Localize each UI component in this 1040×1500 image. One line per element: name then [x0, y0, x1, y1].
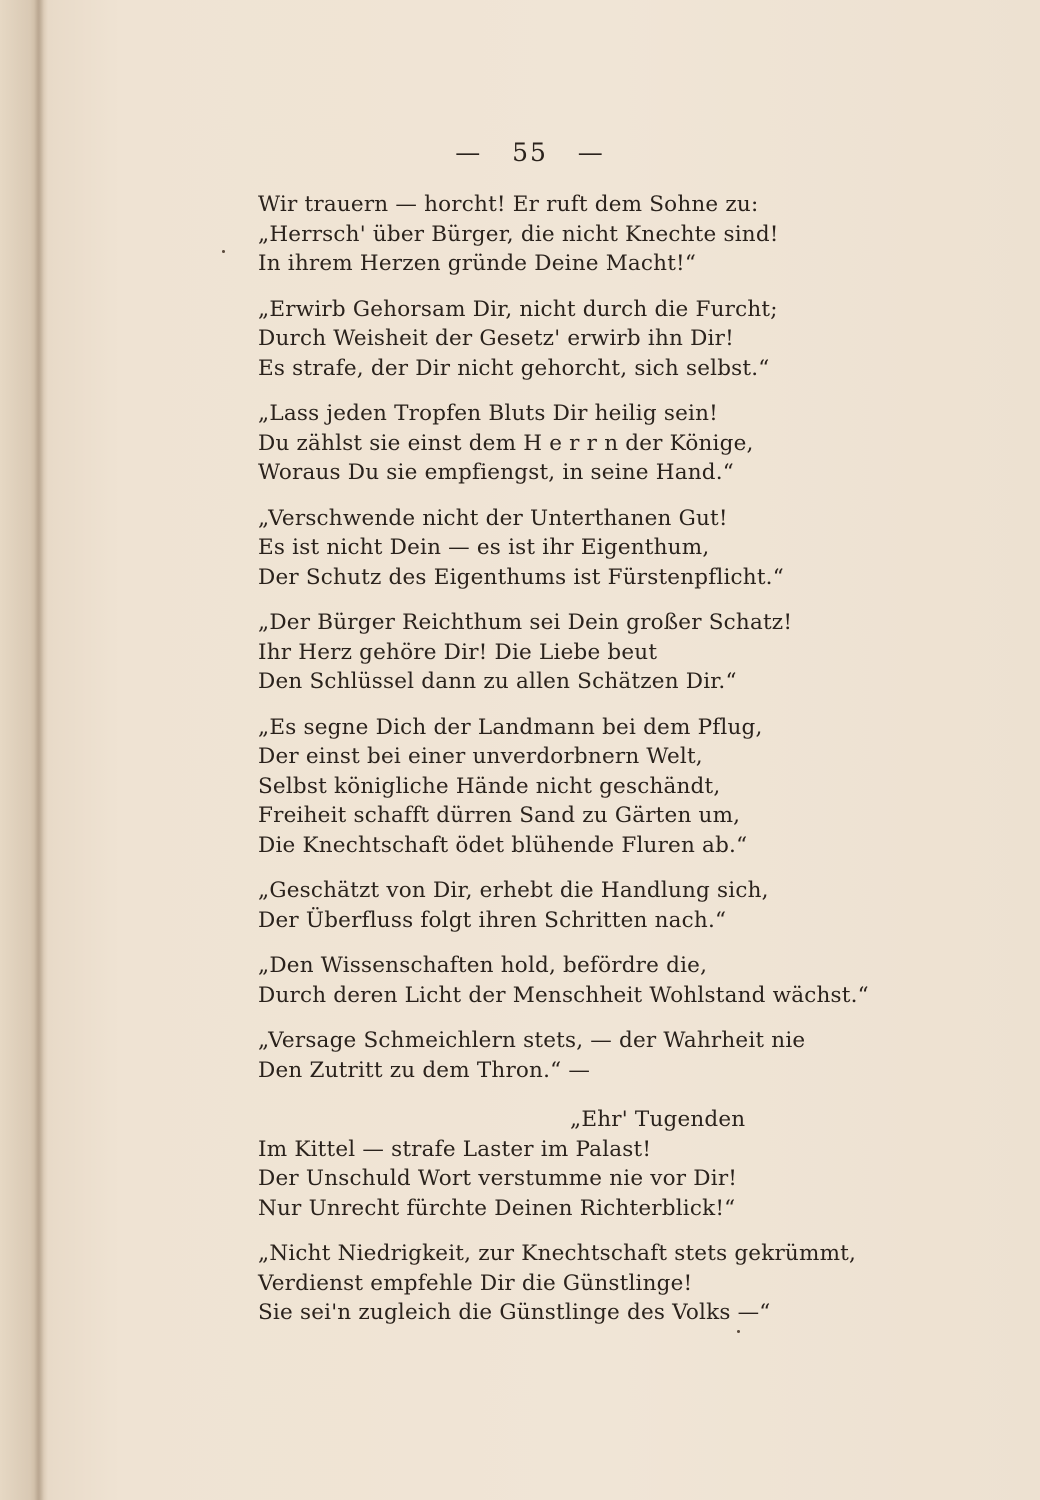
stanza: „Nicht Niedrigkeit, zur Knechtschaft ste…	[258, 1239, 778, 1328]
verse-line: Der Überfluss folgt ihren Schritten nach…	[258, 906, 778, 936]
verse-line: Der einst bei einer unverdorbnern Welt,	[258, 742, 778, 772]
verse-line: „Herrsch' über Bürger, die nicht Knechte…	[258, 220, 778, 250]
stanza: „Geschätzt von Dir, erhebt die Handlung …	[258, 876, 778, 935]
verse-line: Durch Weisheit der Gesetz' erwirb ihn Di…	[258, 324, 778, 354]
verse-line: „Der Bürger Reichthum sei Dein großer Sc…	[258, 608, 778, 638]
stanza: Wir trauern — horcht! Er ruft dem Sohne …	[258, 190, 778, 279]
verse-line: Woraus Du sie empfiengst, in seine Hand.…	[258, 458, 778, 488]
verse-line: Es strafe, der Dir nicht gehorcht, sich …	[258, 354, 778, 384]
verse-line: Nur Unrecht fürchte Deinen Richterblick!…	[258, 1194, 778, 1224]
verse-line: Selbst königliche Hände nicht geschändt,	[258, 772, 778, 802]
verse-line: „Geschätzt von Dir, erhebt die Handlung …	[258, 876, 778, 906]
verse-line-indented: „Ehr' Tugenden	[258, 1105, 778, 1135]
book-page: — 55 — Wir trauern — horcht! Er ruft dem…	[0, 0, 1040, 1500]
stanza: „Den Wissenschaften hold, befördre die, …	[258, 951, 778, 1010]
verse-line: Im Kittel — strafe Laster im Palast!	[258, 1135, 778, 1165]
stanza: „Erwirb Gehorsam Dir, nicht durch die Fu…	[258, 295, 778, 384]
verse-line: Wir trauern — horcht! Er ruft dem Sohne …	[258, 190, 778, 220]
page-number: — 55 —	[0, 138, 1040, 167]
verse-line: Verdienst empfehle Dir die Günstlinge!	[258, 1269, 778, 1299]
binding-gutter	[34, 0, 44, 1500]
stanza: „Es segne Dich der Landmann bei dem Pflu…	[258, 713, 778, 861]
verse-line: Den Zutritt zu dem Thron.“ —	[258, 1056, 778, 1086]
verse-line: Ihr Herz gehöre Dir! Die Liebe beut	[258, 638, 778, 668]
verse-line: Die Knechtschaft ödet blühende Fluren ab…	[258, 831, 778, 861]
paper-speck	[222, 250, 225, 253]
poem-text: Wir trauern — horcht! Er ruft dem Sohne …	[258, 190, 778, 1344]
verse-line: Freiheit schafft dürren Sand zu Gärten u…	[258, 801, 778, 831]
verse-line: Der Schutz des Eigenthums ist Fürstenpfl…	[258, 563, 778, 593]
page-number-value: 55	[512, 138, 548, 167]
verse-line: Durch deren Licht der Menschheit Wohlsta…	[258, 981, 778, 1011]
verse-line: „Es segne Dich der Landmann bei dem Pflu…	[258, 713, 778, 743]
stanza: „Der Bürger Reichthum sei Dein großer Sc…	[258, 608, 778, 697]
verse-line: „Versage Schmeichlern stets, — der Wahrh…	[258, 1026, 778, 1056]
verse-line: Es ist nicht Dein — es ist ihr Eigenthum…	[258, 533, 778, 563]
stanza: „Versage Schmeichlern stets, — der Wahrh…	[258, 1026, 778, 1085]
verse-line: „Lass jeden Tropfen Bluts Dir heilig sei…	[258, 399, 778, 429]
verse-line: Du zählst sie einst dem H e r r n der Kö…	[258, 429, 778, 459]
verse-line: „Nicht Niedrigkeit, zur Knechtschaft ste…	[258, 1239, 778, 1269]
verse-line: In ihrem Herzen gründe Deine Macht!“	[258, 249, 778, 279]
stanza: „Ehr' Tugenden Im Kittel — strafe Laster…	[258, 1105, 778, 1223]
page-number-dash-left: —	[455, 138, 482, 167]
page-number-dash-right: —	[578, 138, 605, 167]
verse-line: Sie sei'n zugleich die Günstlinge des Vo…	[258, 1298, 778, 1328]
verse-line: „Verschwende nicht der Unterthanen Gut!	[258, 504, 778, 534]
verse-line: Der Unschuld Wort verstumme nie vor Dir!	[258, 1164, 778, 1194]
verse-line: „Erwirb Gehorsam Dir, nicht durch die Fu…	[258, 295, 778, 325]
verse-line: Den Schlüssel dann zu allen Schätzen Dir…	[258, 667, 778, 697]
paper-speck	[737, 1330, 740, 1333]
verse-line: „Den Wissenschaften hold, befördre die,	[258, 951, 778, 981]
stanza: „Verschwende nicht der Unterthanen Gut! …	[258, 504, 778, 593]
stanza: „Lass jeden Tropfen Bluts Dir heilig sei…	[258, 399, 778, 488]
